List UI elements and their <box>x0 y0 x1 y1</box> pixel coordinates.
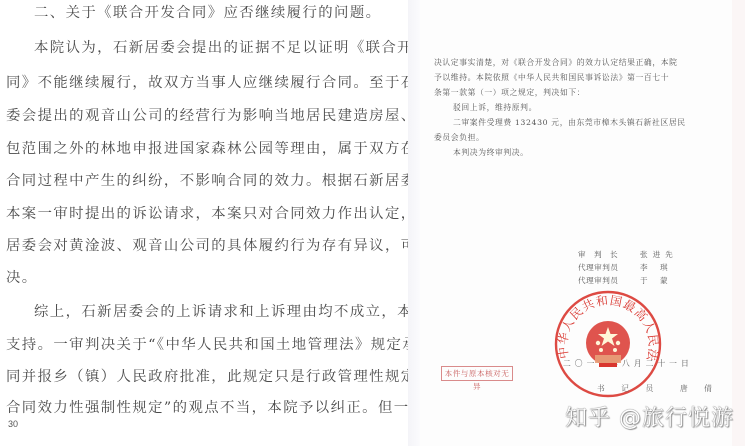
page-number: 30 <box>8 419 18 429</box>
signature-name: 于 蒙 <box>640 275 680 286</box>
paragraph-line: 决。 <box>6 269 372 287</box>
signature-name: 李 琪 <box>640 262 680 273</box>
section-heading: 二、关于《联合开发合同》应否继续履行的问题。 <box>34 4 400 22</box>
watermark: 知乎 @旅行悦游 <box>565 401 734 432</box>
paragraph-line: 同并报乡（镇）人民政府批准，此规定只是行政管理性规定，不属 <box>6 368 372 386</box>
page-gutter <box>408 0 420 446</box>
paragraph-line: 同》不能继续履行，故双方当事人应继续履行合同。至于石新居 <box>6 74 372 92</box>
paragraph-line: 包范围之外的林地申报进国家森林公园等理由，属于双方在履行 <box>6 140 372 158</box>
paragraph-line: 本院认为，石新居委会提出的证据不足以证明《联合开发合 <box>34 39 400 57</box>
left-page: 二、关于《联合开发合同》应否继续履行的问题。 本院认为，石新居委会提出的证据不足… <box>0 0 410 446</box>
judgment-line: 本判决为终审判决。 <box>453 148 529 158</box>
paragraph-line: 本案一审时提出的诉讼请求，本案只对合同效力作出认定，若石新 <box>6 205 372 223</box>
judgment-line: 予以维持。本院依照《中华人民共和国民事诉讼法》第一百七十 <box>434 73 669 83</box>
signature-role: 代理审判员 <box>578 262 638 273</box>
paragraph-line: 支持。一审判决关于“《中华人民共和国土地管理法》规定承包合 <box>6 336 372 354</box>
judgment-line: 二审案件受理费 132430 元，由东莞市樟木头镇石新社区居民 <box>453 118 686 128</box>
paragraph-line: 委会提出的观音山公司的经营行为影响当地居民建造房屋、将承 <box>6 107 372 125</box>
judgment-line: 驳回上诉，维持原判。 <box>453 103 537 113</box>
clerk-name: 唐 倩 <box>680 384 719 393</box>
judgment-line: 委员会负担。 <box>434 133 484 143</box>
judgment-line: 条第一款第（一）项之规定，判决如下： <box>434 88 585 98</box>
paragraph-line: 合同过程中产生的纠纷，不影响合同的效力。根据石新居委会在 <box>6 172 372 190</box>
paragraph-line: 居委会对黄淦波、观音山公司的具体履约行为存有异议，可另诉解 <box>6 237 372 255</box>
signature-role: 代理审判员 <box>578 275 638 286</box>
clerk-role: 书 记 员 <box>597 384 660 393</box>
clerk-signature: 书 记 员 唐 倩 <box>597 383 719 394</box>
judgment-line: 决认定事实清楚，对《联合开发合同》的效力认定结果正确，本院 <box>434 58 678 68</box>
paragraph-line: 合同效力性强制性规定”的观点不当，本院予以纠正。但一审判 <box>6 399 372 417</box>
signature-name: 张进先 <box>640 249 680 260</box>
paragraph-line: 综上，石新居委会的上诉请求和上诉理由均不成立，本院不予 <box>34 303 400 321</box>
copy-verified-stamp: 本件与原本核对无异 <box>441 366 513 381</box>
page-edge <box>732 0 745 446</box>
signature-role: 审 判 长 <box>578 249 638 260</box>
